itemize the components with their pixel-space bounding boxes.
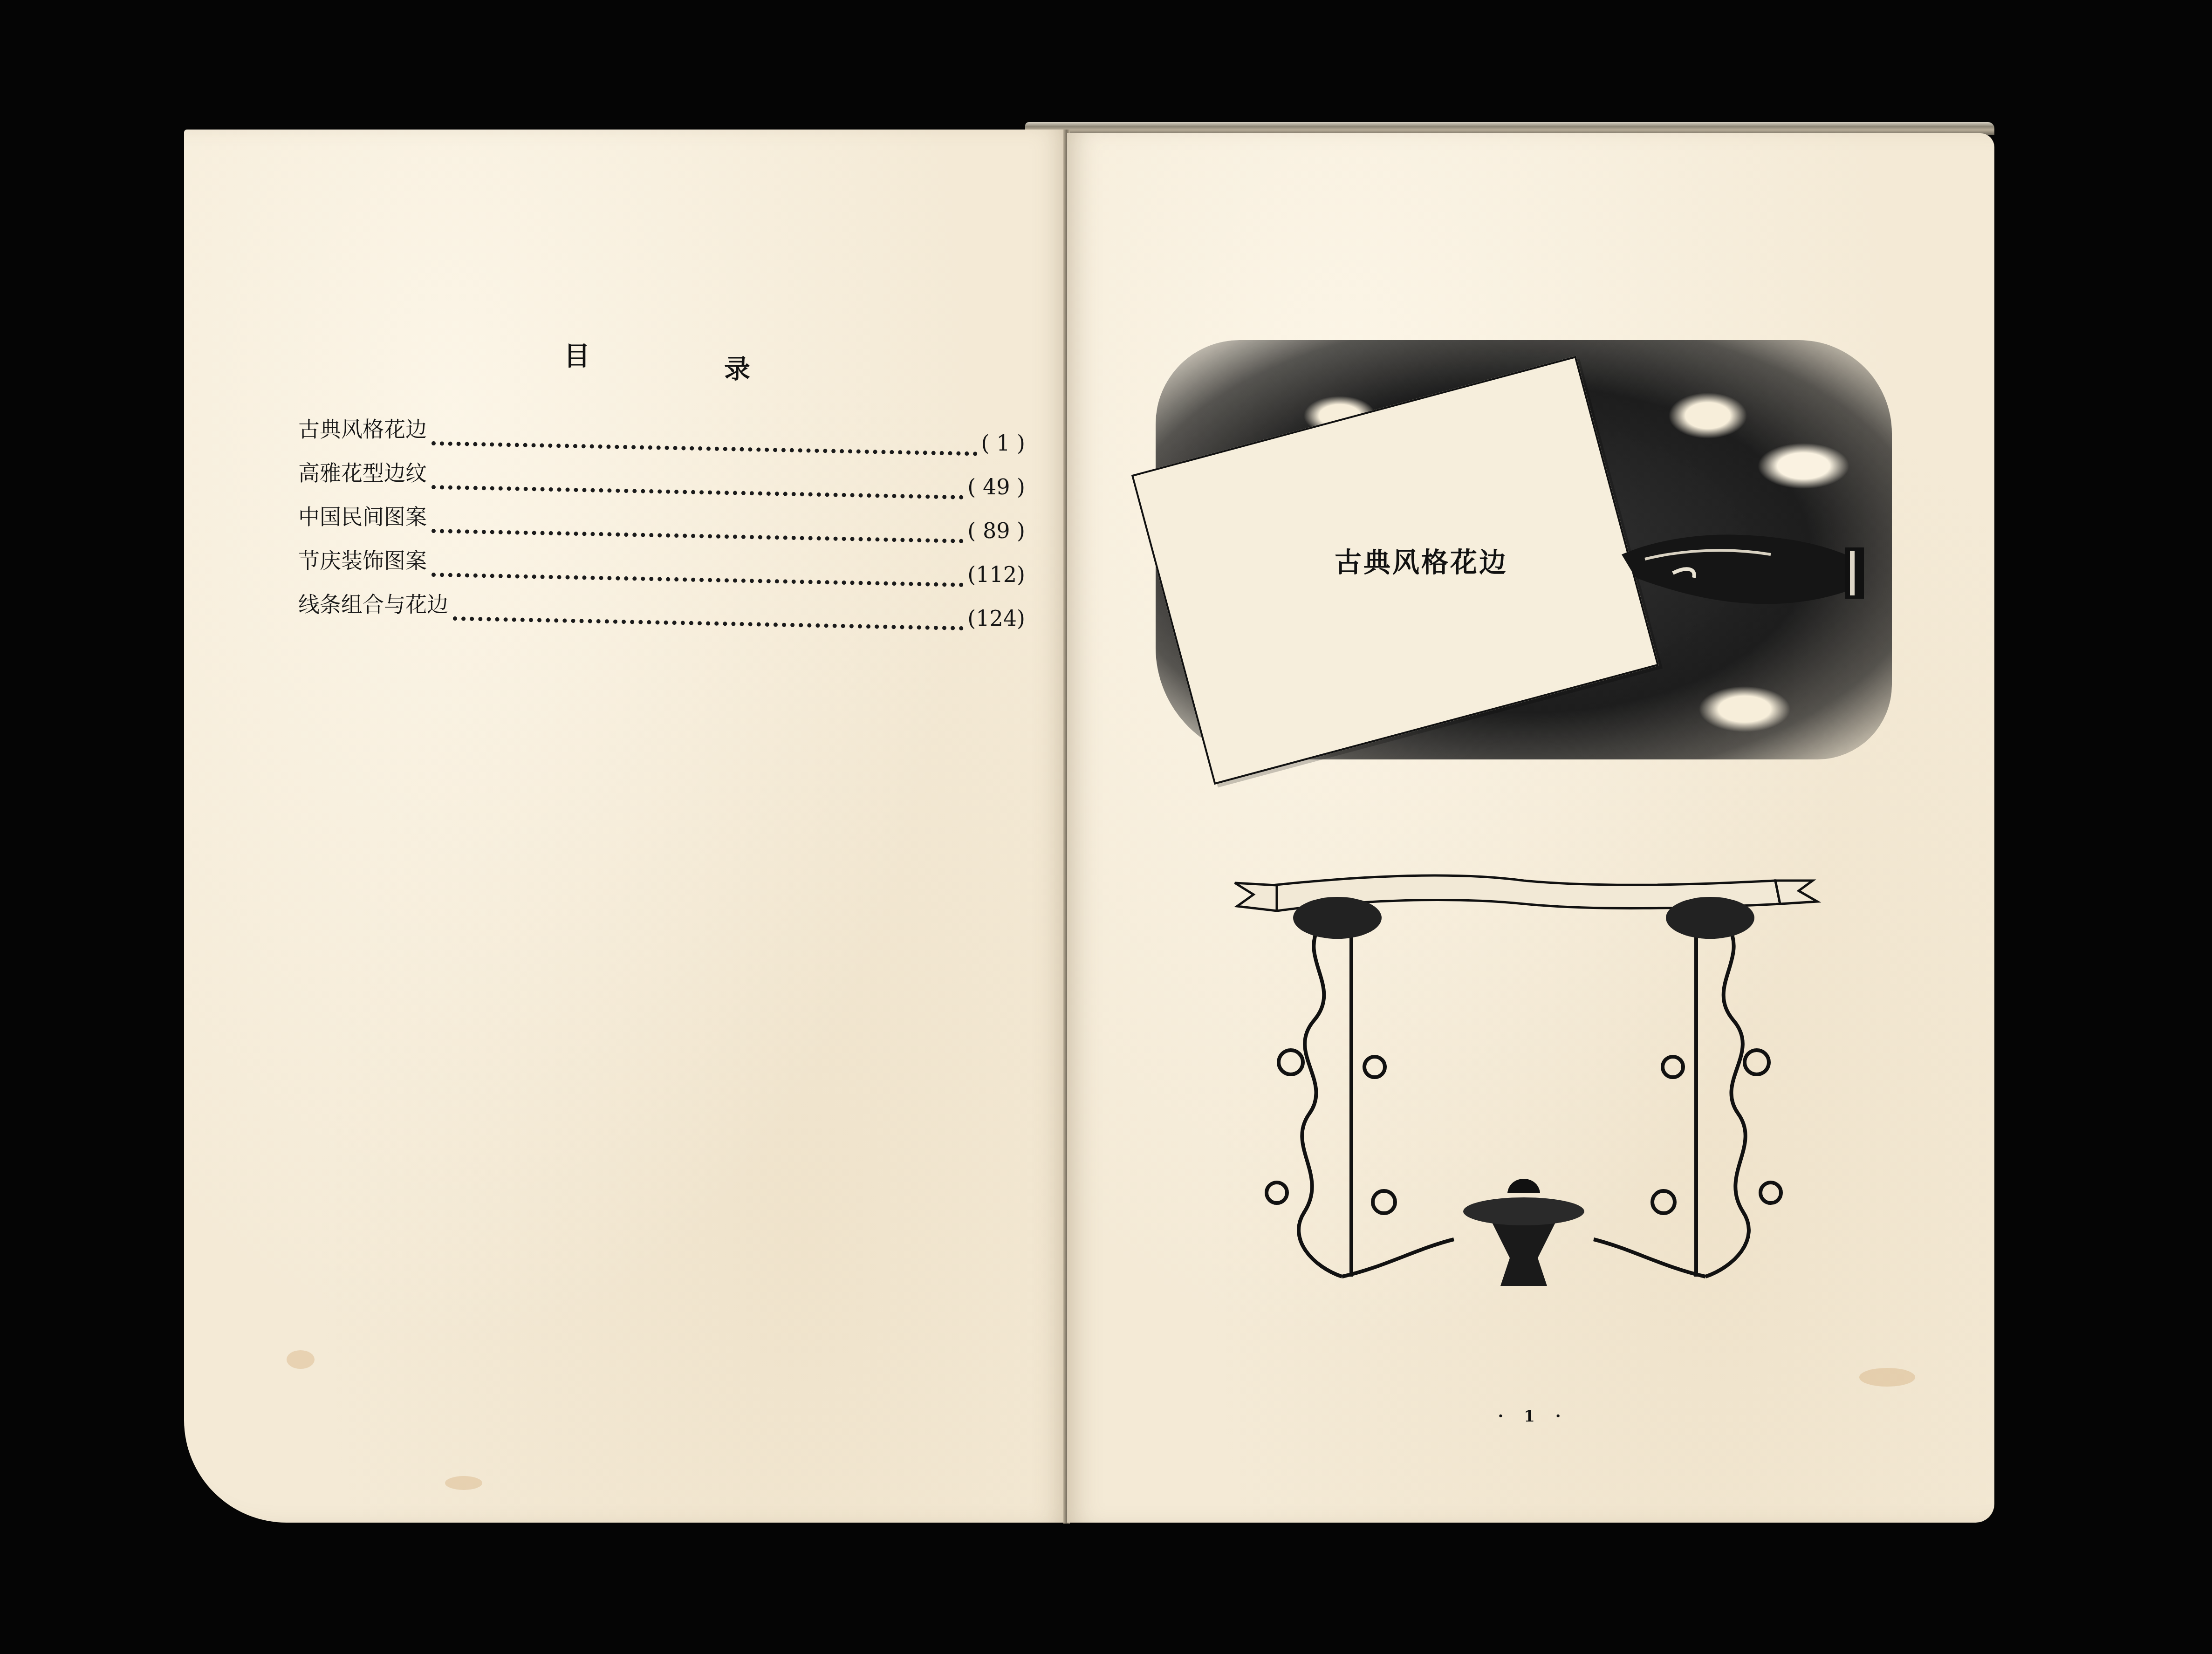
toc-entry-page: (112) <box>964 564 1025 585</box>
dot-leader <box>453 616 964 630</box>
toc-entry-page: ( 49 ) <box>964 476 1025 498</box>
page-number: · 1 · <box>1486 1407 1580 1426</box>
toc-entry[interactable]: 古典风格花边 ( 1 ) <box>298 410 1025 454</box>
toc-entry-label: 线条组合与花边 <box>298 594 453 615</box>
section-title: 古典风格花边 <box>1258 540 1584 580</box>
foxing-stain <box>445 1476 482 1490</box>
foxing-stain <box>1859 1368 1915 1387</box>
toc-heading: 目 录 <box>466 335 848 382</box>
center-urn <box>1491 1221 1556 1286</box>
toc-heading-char: 录 <box>724 349 750 382</box>
toc-entry-label: 高雅花型边纹 <box>298 462 431 484</box>
pointing-hand-icon <box>1617 522 1869 620</box>
toc-entry[interactable]: 节庆装饰图案 (112) <box>298 541 1025 585</box>
foxing-stain <box>287 1350 315 1369</box>
toc-entry[interactable]: 高雅花型边纹 ( 49 ) <box>298 454 1025 498</box>
toc-entry-page: (124) <box>964 608 1025 629</box>
book-spread: 目 录 古典风格花边 ( 1 ) 高雅花型边纹 ( 49 ) 中国民间图案 ( … <box>0 0 2212 1654</box>
toc-heading-char: 目 <box>564 335 590 382</box>
toc-entry-label: 节庆装饰图案 <box>298 550 431 571</box>
toc-entry[interactable]: 中国民间图案 ( 89 ) <box>298 498 1025 541</box>
toc-entry-page: ( 89 ) <box>964 520 1025 541</box>
ornamental-frame <box>1221 867 1827 1333</box>
toc-entry-label: 中国民间图案 <box>298 506 431 527</box>
toc-entry-page: ( 1 ) <box>978 432 1025 454</box>
toc-entry[interactable]: 线条组合与花边 (124) <box>298 585 1025 629</box>
toc-entry-label: 古典风格花边 <box>298 418 431 440</box>
table-of-contents: 古典风格花边 ( 1 ) 高雅花型边纹 ( 49 ) 中国民间图案 ( 89 )… <box>298 410 1025 629</box>
